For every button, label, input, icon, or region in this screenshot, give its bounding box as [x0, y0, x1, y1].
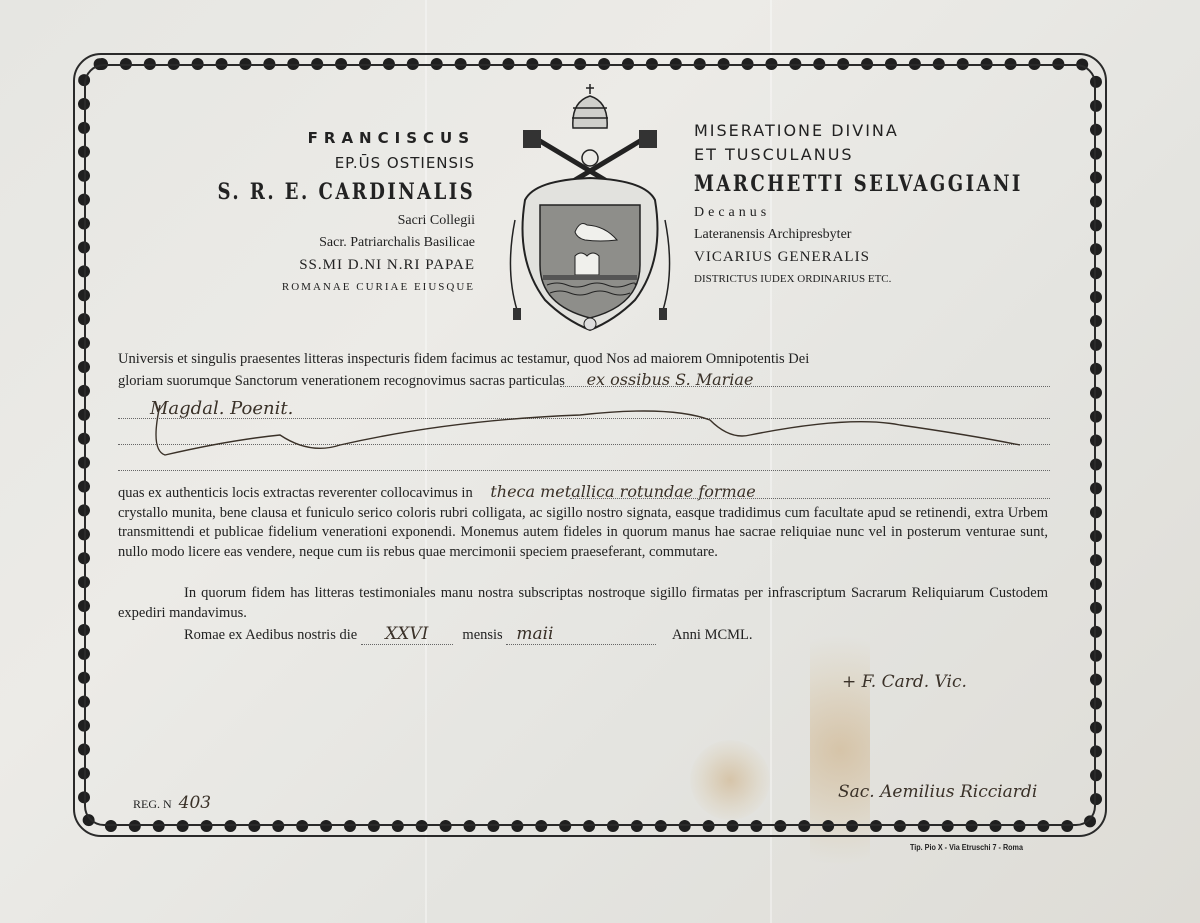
- header-right-line5: Lateranensis Archipresbyter: [694, 224, 1095, 246]
- printer-imprint: Tip. Pio X - Via Etruschi 7 - Roma: [910, 843, 1023, 852]
- date-prefix: Romae ex Aedibus nostris die: [184, 627, 357, 643]
- header-left-line6: SS.MI D.NI N.RI PAPAE: [161, 254, 475, 276]
- header-left-line5: Sacr. Patriarchalis Basilicae: [161, 232, 475, 254]
- month-label: mensis: [462, 627, 502, 643]
- para1-line1: Universis et singulis praesentes littera…: [118, 350, 1048, 370]
- custodian-signature: Sac. Aemilius Ricciardi: [838, 782, 1037, 802]
- header-right-line2: ET TUSCULANUS: [694, 144, 1095, 166]
- cancellation-flourish: [150, 400, 1030, 475]
- para1-line2: gloriam suorumque Sanctorum venerationem…: [118, 373, 565, 389]
- year: Anni MCML.: [672, 627, 753, 643]
- header-left-title: S. R. E. CARDINALIS: [217, 174, 475, 210]
- date-line: Romae ex Aedibus nostris die XXVI mensis…: [184, 624, 753, 645]
- body-paragraph-1: Universis et singulis praesentes littera…: [118, 350, 1048, 391]
- header-right-line4: Decanus: [694, 202, 1095, 224]
- dotted-line: [560, 386, 1050, 387]
- day-handwritten: XXVI: [361, 624, 453, 645]
- header-left: FRANCISCUS EP.ŪS OSTIENSIS S. R. E. CARD…: [161, 128, 475, 298]
- registry-label: REG. N: [133, 797, 172, 811]
- header-right-line6: VICARIUS GENERALIS: [694, 246, 1095, 268]
- header-right-line7: DISTRICTUS IUDEX ORDINARIUS ETC.: [694, 268, 1095, 290]
- month-handwritten: maii: [506, 624, 656, 645]
- header-right-line1: MISERATIONE DIVINA: [694, 120, 1095, 142]
- para2-rest: crystallo munita, bene clausa et funicul…: [118, 504, 1048, 563]
- registry-number: REG. N 403: [133, 793, 211, 813]
- header-name: FRANCISCUS: [161, 128, 475, 148]
- body-paragraph-3: In quorum fidem has litteras testimonial…: [118, 584, 1048, 623]
- header-right-title: MARCHETTI SELVAGGIANI: [694, 166, 1023, 202]
- header-right: MISERATIONE DIVINA ET TUSCULANUS MARCHET…: [694, 120, 1095, 290]
- cardinal-signature: + F. Card. Vic.: [842, 672, 967, 692]
- papal-coat-of-arms-icon: [495, 80, 685, 340]
- registry-number-handwritten: 403: [179, 793, 211, 813]
- header-left-line7: ROMANAE CURIAE EIUSQUE: [161, 276, 475, 298]
- dotted-line: [570, 498, 1050, 499]
- para2-line1: quas ex authenticis locis extractas reve…: [118, 485, 473, 501]
- header-left-line4: Sacri Collegii: [161, 210, 475, 232]
- body-paragraph-2: quas ex authenticis locis extractas reve…: [118, 482, 1048, 562]
- header-left-line2: EP.ŪS OSTIENSIS: [161, 152, 475, 174]
